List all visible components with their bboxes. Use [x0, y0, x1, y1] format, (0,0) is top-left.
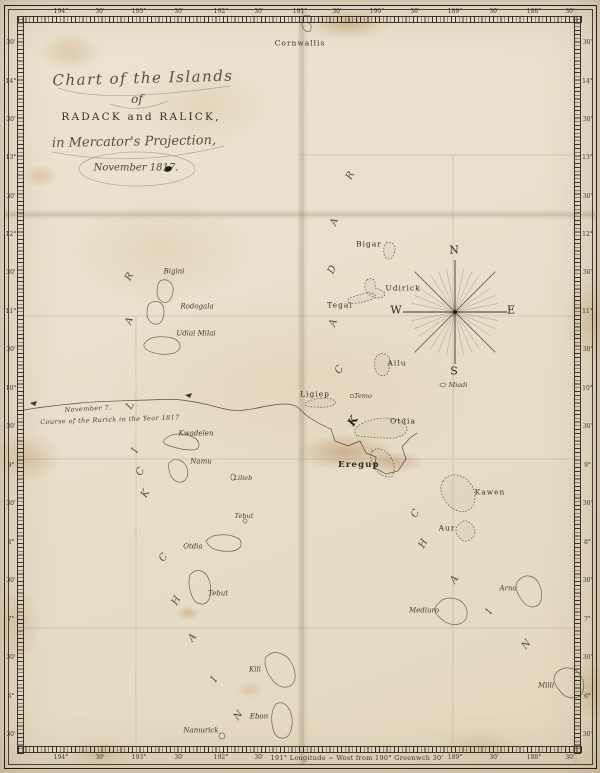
map-sheet: Chart of the Islands of RADACK and RALIC… — [0, 0, 600, 773]
border-tick-band-top — [17, 16, 582, 23]
border-tick-band-bottom — [17, 746, 582, 753]
border-tick-band-left — [17, 16, 24, 754]
border-tick-band-right — [574, 16, 581, 754]
map-neatline-inner — [8, 9, 593, 765]
